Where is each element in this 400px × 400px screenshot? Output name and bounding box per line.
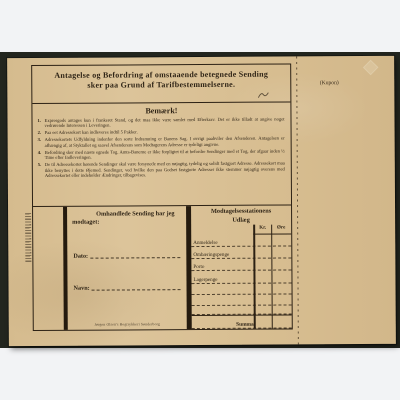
summa-label: Summa	[192, 322, 257, 328]
name-label: Navn:	[74, 285, 92, 292]
left-margin-column	[33, 207, 64, 330]
charges-title-line2: Udlæg	[191, 217, 291, 225]
notice-item-number: 3.	[38, 137, 45, 148]
emboss-mark	[363, 60, 379, 76]
form-title-line1: Antagelse og Befordring af omstaaende be…	[32, 69, 290, 80]
coupon-label: (Kupon)	[307, 80, 351, 86]
notice-item: 2. Paa eet Adressekort kan indleveres in…	[38, 129, 285, 136]
name-field: Navn:	[74, 284, 181, 292]
table-row	[192, 294, 292, 306]
notice-item: 4. Befordring sker med næste egnede Tog.…	[38, 148, 285, 160]
form-lower-section: Omhandlede Sending har jeg modtaget: Dat…	[33, 204, 292, 330]
charges-box: Modtagelsesstationens Udlæg Kr. Øre Anme…	[191, 205, 292, 329]
perforation-line	[296, 56, 299, 344]
column-header-kr: Kr.	[254, 226, 271, 231]
table-row: Porto	[191, 258, 291, 271]
charges-rows: Anmeldelse Ombæringspenge Porto Lagerpen…	[191, 235, 292, 329]
table-row: Lagerpenge	[191, 270, 291, 284]
notice-item: 1. Expresgods antages kun i frankeret St…	[37, 116, 284, 128]
pen-mark	[257, 91, 269, 100]
form-header: Antagelse og Befordring af omstaaende be…	[32, 64, 290, 104]
notice-item-number: 4.	[38, 150, 45, 161]
notice-list: 1. Expresgods antages kun i frankeret St…	[32, 116, 290, 178]
notice-item-text: Expresgods antages kun i frankeret Stand…	[44, 116, 284, 128]
notice-item-text: De til Adressekortet hørende Sendinger s…	[45, 161, 285, 179]
notice-item-number: 2.	[38, 130, 45, 135]
row-label: Lagerpenge	[191, 276, 217, 282]
vertical-print-marks	[25, 213, 31, 263]
notice-item-text: Adressekortets Udfyldning indenfor den s…	[45, 136, 285, 148]
notice-item: 3. Adressekortets Udfyldning indenfor de…	[38, 136, 285, 148]
receipt-statement-line2: modtaget:	[72, 218, 181, 227]
printer-credit: Jørgen Olsen's Bogtrykkeri Sønderborg	[68, 322, 187, 327]
notice-heading: Bemærk!	[32, 105, 290, 116]
notice-item: 5. De til Adressekortet hørende Sendinge…	[38, 161, 285, 179]
form-title-line2: sker paa Grund af Tarifbestemmelserne.	[32, 79, 290, 90]
row-label: Anmeldelse	[191, 239, 217, 245]
row-label: Porto	[191, 264, 204, 270]
notice-item-text: Paa eet Adressekort kan indleveres indti…	[45, 129, 285, 136]
table-row: Ombæringspenge	[191, 246, 291, 259]
column-header-ore: Øre	[272, 226, 290, 231]
receipt-statement-line1: Omhandlede Sending har jeg	[72, 210, 181, 219]
receipt-box: Omhandlede Sending har jeg modtaget: Dat…	[67, 206, 187, 330]
date-label: Dato:	[73, 253, 90, 260]
form-frame: Antagelse og Befordring af omstaaende be…	[31, 63, 293, 331]
date-field: Dato:	[73, 252, 180, 260]
table-row	[192, 283, 292, 295]
summa-row: Summa	[192, 314, 292, 329]
table-row: Anmeldelse	[191, 235, 291, 247]
postal-form-document: Antagelse og Befordring af omstaaende be…	[7, 56, 396, 346]
date-write-line	[90, 257, 180, 259]
name-write-line	[92, 289, 181, 291]
row-label: Ombæringspenge	[191, 251, 229, 257]
charges-table: Kr. Øre Anmeldelse Ombæringspenge Porto	[191, 225, 292, 329]
charges-title-line1: Modtagelsesstationens	[191, 207, 291, 215]
notice-item-text: Befordring sker med næste egnede Tog. Am…	[45, 148, 285, 160]
notice-item-number: 1.	[37, 118, 44, 129]
